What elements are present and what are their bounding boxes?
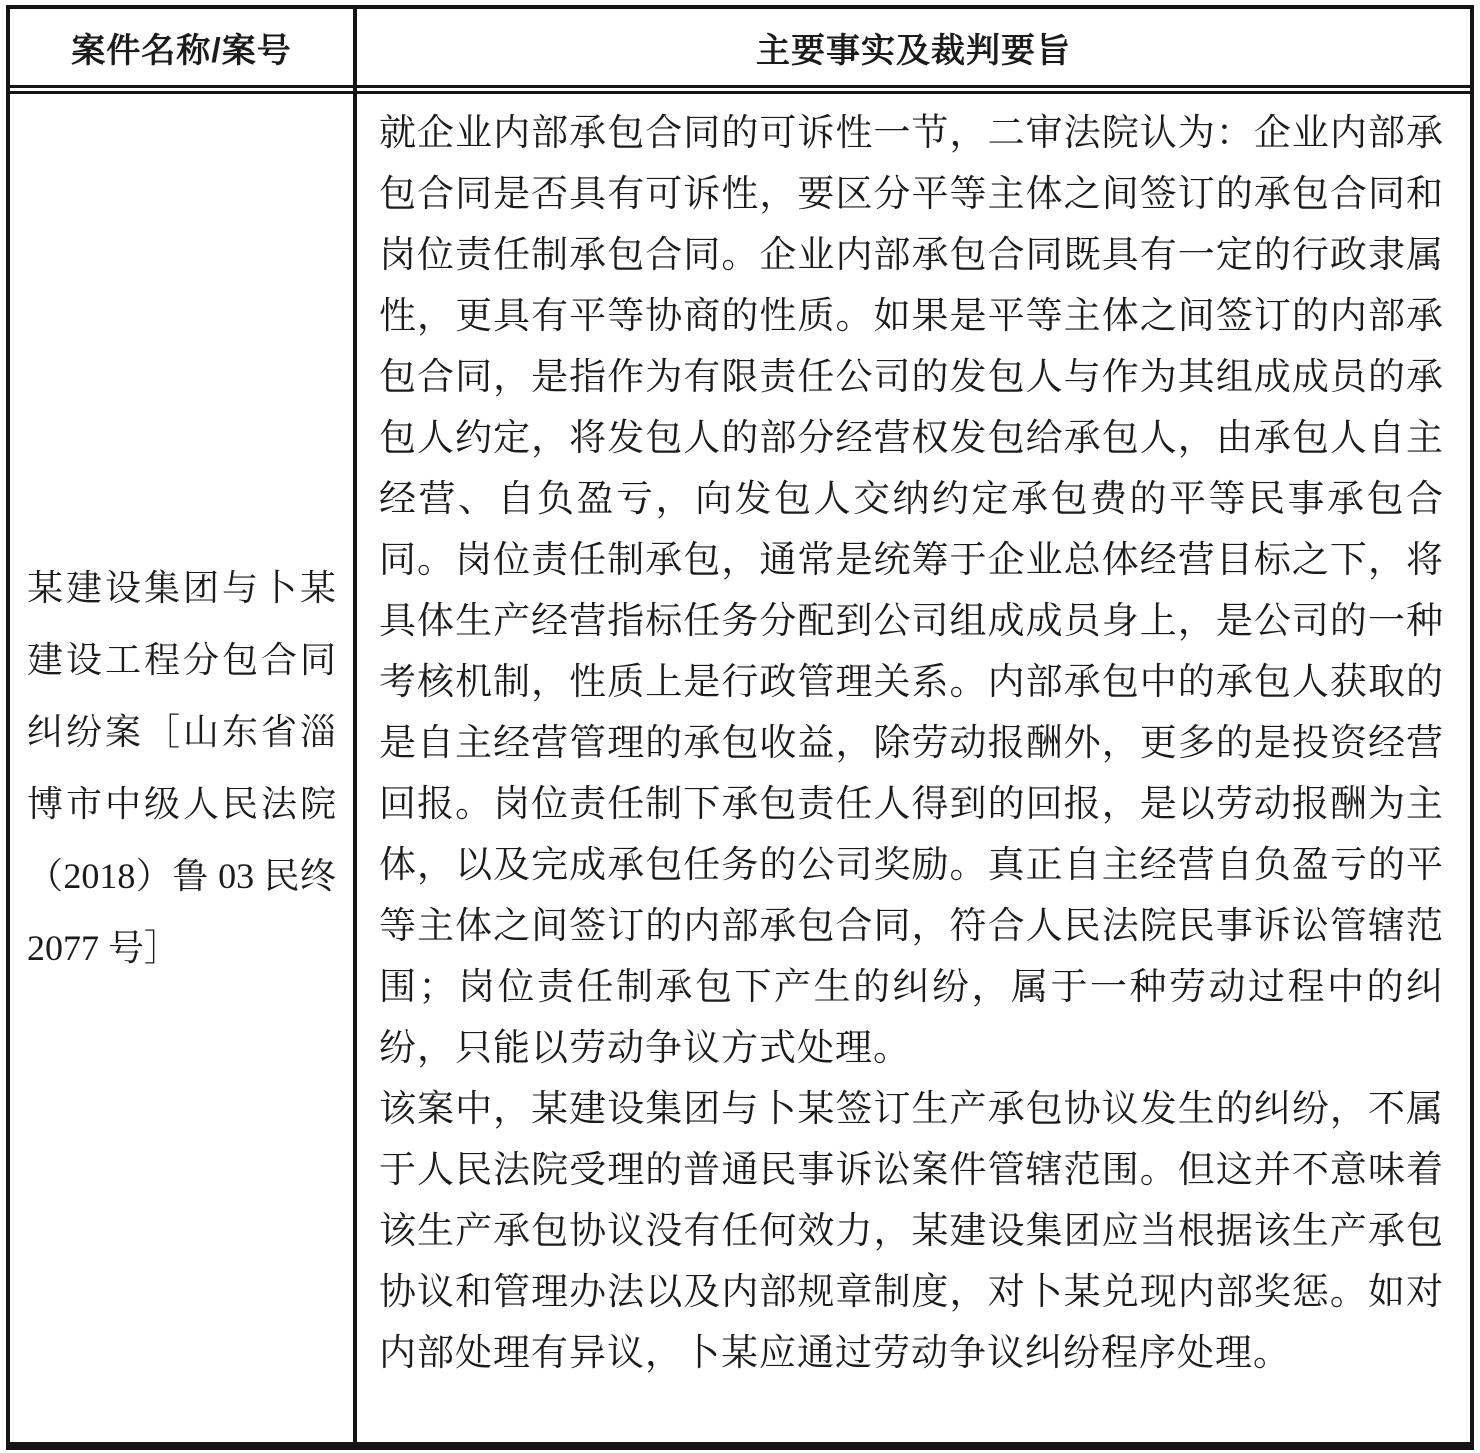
document-page: 案件名称/案号 主要事实及裁判要旨 某建设集团与卜某建设工程分包合同纠纷案［山东… xyxy=(0,0,1480,1453)
double-rule-left-segment xyxy=(10,88,357,91)
facts-cell: 就企业内部承包合同的可诉性一节，二审法院认为：企业内部承包合同是否具有可诉性，要… xyxy=(357,94,1470,1442)
cases-table: 案件名称/案号 主要事实及裁判要旨 某建设集团与卜某建设工程分包合同纠纷案［山东… xyxy=(6,5,1474,1450)
case-name-cell: 某建设集团与卜某建设工程分包合同纠纷案［山东省淄博市中级人民法院（2018）鲁 … xyxy=(10,94,357,1442)
table-header-row: 案件名称/案号 主要事实及裁判要旨 xyxy=(10,9,1470,88)
facts-paragraph-1: 就企业内部承包合同的可诉性一节，二审法院认为：企业内部承包合同是否具有可诉性，要… xyxy=(379,103,1444,1079)
header-facts-label: 主要事实及裁判要旨 xyxy=(756,23,1071,72)
header-case-name-label: 案件名称/案号 xyxy=(71,23,291,72)
case-name-text: 某建设集团与卜某建设工程分包合同纠纷案［山东省淄博市中级人民法院（2018）鲁 … xyxy=(27,552,336,984)
header-facts-column: 主要事实及裁判要旨 xyxy=(357,9,1470,85)
facts-paragraph-2: 该案中，某建设集团与卜某签订生产承包协议发生的纠纷，不属于人民法院受理的普通民事… xyxy=(379,1079,1444,1384)
double-rule-right-segment xyxy=(357,88,1470,91)
header-case-name-column: 案件名称/案号 xyxy=(10,9,357,85)
table-row: 某建设集团与卜某建设工程分包合同纠纷案［山东省淄博市中级人民法院（2018）鲁 … xyxy=(10,94,1470,1442)
